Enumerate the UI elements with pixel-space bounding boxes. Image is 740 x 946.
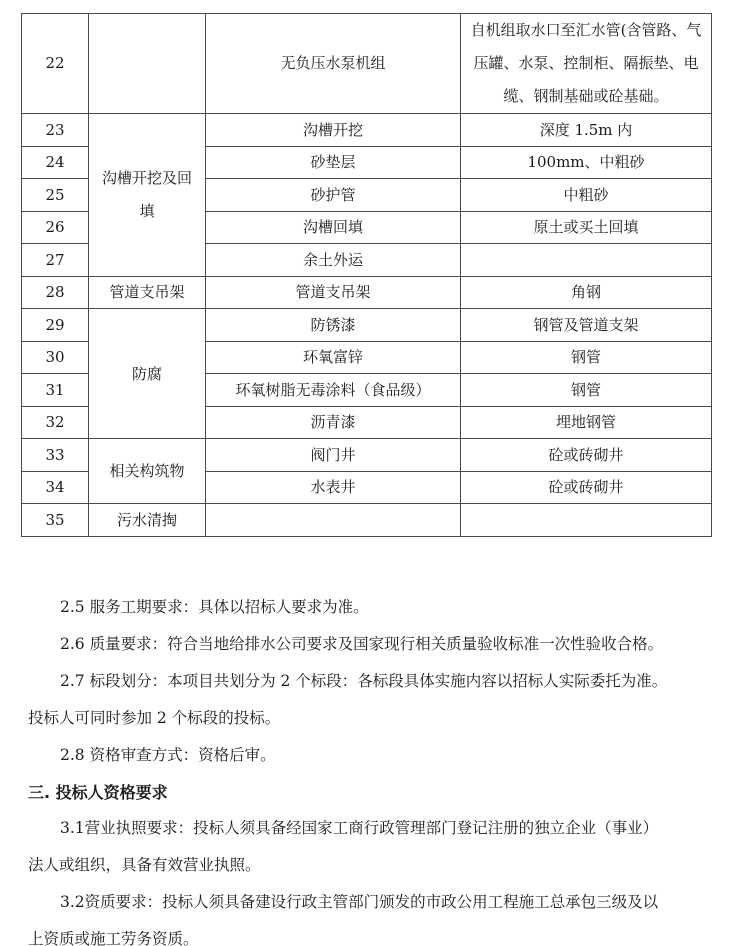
- paragraph-3-2-line1: 3.2资质要求：投标人须具备建设行政主管部门颁发的市政公用工程施工总承包三级及以: [60, 892, 658, 912]
- item-cell: 余土外运: [206, 244, 461, 277]
- spec-cell: 钢管: [461, 341, 712, 374]
- row-number: 30: [22, 341, 89, 374]
- row-number: 28: [22, 276, 89, 309]
- spec-cell: [461, 504, 712, 537]
- row-number: 33: [22, 439, 89, 472]
- section-heading: 三. 投标人资格要求: [28, 780, 168, 803]
- item-cell: 环氧富锌: [206, 341, 461, 374]
- table-row: 28 管道支吊架 管道支吊架 角钢: [22, 276, 712, 309]
- scope-table: 22 无负压水泵机组 自机组取水口至汇水管(含管路、气压罐、水泵、控制柜、隔振垫…: [21, 13, 712, 537]
- paragraph-3-1-line2: 法人或组织，具备有效营业执照。: [28, 855, 261, 875]
- item-cell: 阀门井: [206, 439, 461, 472]
- row-number: 25: [22, 179, 89, 212]
- item-cell: 砂垫层: [206, 146, 461, 179]
- spec-cell: 中粗砂: [461, 179, 712, 212]
- paragraph-2-7-line1: 2.7 标段划分：本项目共划分为 2 个标段：各标段具体实施内容以招标人实际委托…: [60, 671, 667, 691]
- paragraph-2-8: 2.8 资格审查方式：资格后审。: [60, 745, 276, 765]
- row-number: 35: [22, 504, 89, 537]
- paragraph-2-7-line2: 投标人可同时参加 2 个标段的投标。: [28, 708, 280, 728]
- category-cell: [89, 14, 206, 114]
- row-number: 34: [22, 471, 89, 504]
- item-cell: 防锈漆: [206, 309, 461, 342]
- item-cell: [206, 504, 461, 537]
- row-number: 27: [22, 244, 89, 277]
- category-cell: 污水清掏: [89, 504, 206, 537]
- item-cell: 沟槽回填: [206, 211, 461, 244]
- spec-cell: 原土或买土回填: [461, 211, 712, 244]
- table-row: 35 污水清掏: [22, 504, 712, 537]
- spec-cell: 砼或砖砌井: [461, 471, 712, 504]
- item-cell: 砂护管: [206, 179, 461, 212]
- category-cell: 沟槽开挖及回填: [89, 114, 206, 277]
- category-cell: 防腐: [89, 309, 206, 439]
- table-row: 33 相关构筑物 阀门井 砼或砖砌井: [22, 439, 712, 472]
- row-number: 22: [22, 14, 89, 114]
- table-row: 29 防腐 防锈漆 钢管及管道支架: [22, 309, 712, 342]
- table-row: 23 沟槽开挖及回填 沟槽开挖 深度 1.5m 内: [22, 114, 712, 147]
- item-cell: 沟槽开挖: [206, 114, 461, 147]
- item-cell: 环氧树脂无毒涂料（食品级）: [206, 374, 461, 407]
- row-number: 29: [22, 309, 89, 342]
- category-cell: 管道支吊架: [89, 276, 206, 309]
- spec-cell: 自机组取水口至汇水管(含管路、气压罐、水泵、控制柜、隔振垫、电缆、钢制基础或砼基…: [461, 14, 712, 114]
- spec-cell: [461, 244, 712, 277]
- spec-cell: 钢管: [461, 374, 712, 407]
- table-row: 22 无负压水泵机组 自机组取水口至汇水管(含管路、气压罐、水泵、控制柜、隔振垫…: [22, 14, 712, 114]
- paragraph-2-5: 2.5 服务工期要求：具体以招标人要求为准。: [60, 597, 369, 617]
- spec-cell: 100mm、中粗砂: [461, 146, 712, 179]
- paragraph-3-1-line1: 3.1营业执照要求：投标人须具备经国家工商行政管理部门登记注册的独立企业（事业）: [60, 818, 658, 838]
- row-number: 31: [22, 374, 89, 407]
- spec-cell: 深度 1.5m 内: [461, 114, 712, 147]
- item-cell: 沥青漆: [206, 406, 461, 439]
- row-number: 26: [22, 211, 89, 244]
- spec-cell: 埋地钢管: [461, 406, 712, 439]
- paragraph-2-6: 2.6 质量要求：符合当地给排水公司要求及国家现行相关质量验收标准一次性验收合格…: [60, 634, 663, 654]
- item-cell: 水表井: [206, 471, 461, 504]
- row-number: 24: [22, 146, 89, 179]
- row-number: 32: [22, 406, 89, 439]
- spec-cell: 砼或砖砌井: [461, 439, 712, 472]
- item-cell: 管道支吊架: [206, 276, 461, 309]
- category-cell: 相关构筑物: [89, 439, 206, 504]
- row-number: 23: [22, 114, 89, 147]
- paragraph-3-2-line2: 上资质或施工劳务资质。: [28, 929, 199, 946]
- item-cell: 无负压水泵机组: [206, 14, 461, 114]
- spec-cell: 角钢: [461, 276, 712, 309]
- spec-cell: 钢管及管道支架: [461, 309, 712, 342]
